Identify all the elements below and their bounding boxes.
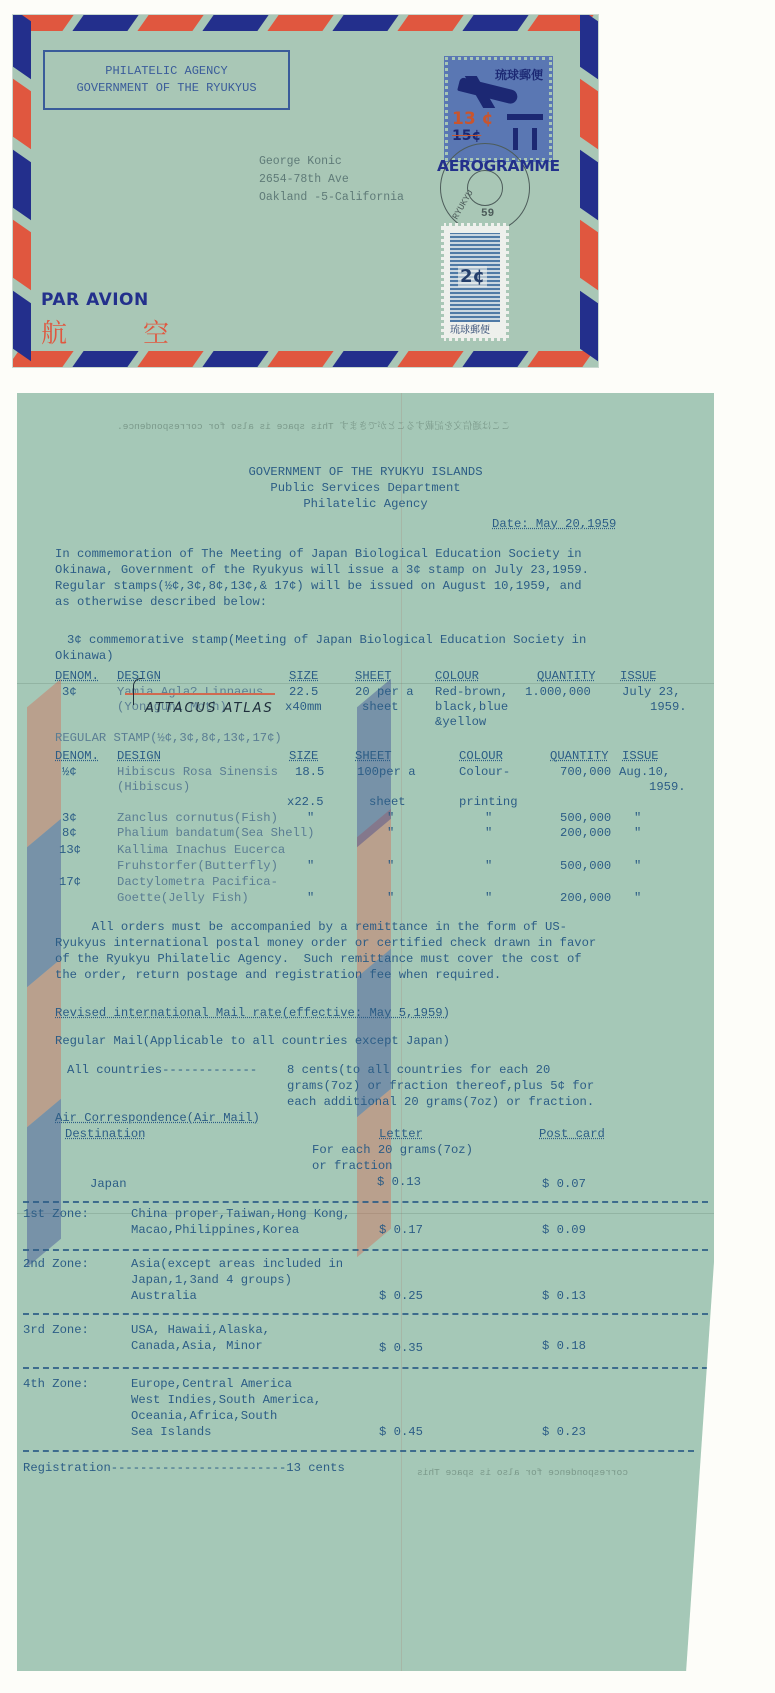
- stamp-value: 2¢: [458, 266, 487, 287]
- cell-sheet: 100per a: [357, 765, 416, 780]
- intro-line: In commemoration of The Meeting of Japan…: [55, 547, 582, 562]
- remittance-line: of the Ryukyu Philatelic Agency. Such re…: [55, 952, 582, 967]
- par-avion-label: PAR AVION: [41, 290, 149, 310]
- sender-line: GOVERNMENT OF THE RYUKYUS: [45, 80, 288, 97]
- letter-note: or fraction: [312, 1159, 392, 1174]
- recipient-address: George Konic 2654-78th Ave Oakland -5-Ca…: [259, 153, 404, 207]
- cell-colour: &yellow: [435, 715, 486, 730]
- cell-design: Dactylometra Pacifica-: [117, 875, 278, 890]
- additional-stamp: 2¢ 琉球郵便: [441, 223, 509, 341]
- regular-mail-text: grams(7oz) or fraction thereof,plus 5¢ f…: [287, 1079, 594, 1094]
- cell-colour: printing: [459, 795, 518, 810]
- rate-zone: 4th Zone:: [23, 1377, 89, 1392]
- remittance-line: the order, return postage and registrati…: [55, 968, 501, 983]
- col-header-sheet: SHEET: [355, 669, 392, 684]
- cell-colour: black,blue: [435, 700, 508, 715]
- cell-size: x40mm: [285, 700, 322, 715]
- stamp-country-chars: 琉球郵便: [495, 66, 543, 83]
- col-header-denom: DENOM.: [55, 749, 99, 764]
- cell-size: x22.5: [287, 795, 324, 810]
- rate-zone: 1st Zone:: [23, 1207, 89, 1222]
- intro-line: Okinawa, Government of the Ryukyus will …: [55, 563, 589, 578]
- recipient-name: George Konic: [259, 153, 404, 171]
- mirrored-footer: correspondence for also is space This: [417, 1467, 628, 1478]
- recipient-city: Oakland -5-California: [259, 189, 404, 207]
- rate-postcard: $ 0.13: [542, 1289, 586, 1304]
- rate-destination: Europe,Central America: [131, 1377, 292, 1392]
- rate-destination: Canada,Asia, Minor: [131, 1339, 263, 1354]
- rate-postcard: $ 0.09: [542, 1223, 586, 1238]
- cell-size: 18.5: [295, 765, 324, 780]
- cell-issue: July 23,: [622, 685, 681, 700]
- cell-issue: ": [634, 859, 641, 874]
- rate-destination: Macao,Philippines,Korea: [131, 1223, 299, 1238]
- col-header-size: SIZE: [289, 669, 318, 684]
- cell-design: Zanclus cornutus(Fish): [117, 811, 278, 826]
- col-header-issue: ISSUE: [622, 749, 659, 764]
- surcharge-value: 13 ¢: [452, 110, 493, 128]
- air-kanji: 航: [41, 313, 67, 350]
- col-header-colour: COLOUR: [459, 749, 503, 764]
- cell-size: ": [307, 811, 314, 826]
- cell-colour: ": [485, 891, 492, 906]
- shureimon-gate-icon: [507, 114, 543, 150]
- cell-size: ": [307, 891, 314, 906]
- cell-issue: ": [634, 826, 641, 841]
- regular-mail-label: All countries-------------: [67, 1063, 257, 1078]
- cell-denom: 8¢: [62, 826, 77, 841]
- cell-denom: 17¢: [59, 875, 81, 890]
- airmail-border-right: [580, 15, 598, 367]
- cell-quantity: 1.000,000: [525, 685, 591, 700]
- airmail-border-top: [13, 15, 598, 31]
- sender-box: PHILATELIC AGENCY GOVERNMENT OF THE RYUK…: [43, 50, 290, 110]
- letter-heading: GOVERNMENT OF THE RYUKYU ISLANDS: [17, 465, 714, 480]
- rate-destination: Japan: [90, 1177, 127, 1192]
- commemorative-title: 3¢ commemorative stamp(Meeting of Japan …: [67, 633, 586, 648]
- rate-postcard: $ 0.18: [542, 1339, 586, 1354]
- cell-denom: 3¢: [62, 811, 77, 826]
- rate-letter: $ 0.25: [379, 1289, 423, 1304]
- rate-destination: USA, Hawaii,Alaska,: [131, 1323, 270, 1338]
- cell-colour: Red-brown,: [435, 685, 508, 700]
- col-header-size: SIZE: [289, 749, 318, 764]
- rate-zone: 2nd Zone:: [23, 1257, 89, 1272]
- mirrored-header: ここは通信文を記載することができます This space is also fo…: [117, 418, 510, 432]
- cell-sheet: 20 per a: [355, 685, 414, 700]
- rate-zone: 3rd Zone:: [23, 1323, 89, 1338]
- col-header-quantity: QUANTITY: [550, 749, 609, 764]
- aerogramme-envelope: PHILATELIC AGENCY GOVERNMENT OF THE RYUK…: [13, 15, 598, 367]
- cell-quantity: 200,000: [560, 826, 611, 841]
- cell-design: Kallima Inachus Eucerca: [117, 843, 285, 858]
- postmark-text: RYUKYU: [451, 188, 476, 221]
- col-header-quantity: QUANTITY: [537, 669, 596, 684]
- cell-colour: ": [485, 811, 492, 826]
- postmark-date: 59: [481, 208, 494, 220]
- col-header-sheet: SHEET: [355, 749, 392, 764]
- cell-design: Hibiscus Rosa Sinensis: [117, 765, 278, 780]
- rate-destination: Australia: [131, 1289, 197, 1304]
- cell-colour: Colour-: [459, 765, 510, 780]
- cell-quantity: 200,000: [560, 891, 611, 906]
- rate-letter: $ 0.35: [379, 1341, 423, 1356]
- rate-letter: $ 0.13: [377, 1175, 421, 1190]
- cell-issue: ": [634, 891, 641, 906]
- divider: [23, 1313, 708, 1315]
- original-value: 15¢: [452, 128, 481, 144]
- col-header-letter: Letter: [379, 1127, 423, 1142]
- cell-sheet: ": [387, 891, 394, 906]
- cell-sheet: sheet: [369, 795, 406, 810]
- cell-quantity: 500,000: [560, 859, 611, 874]
- remittance-line: Ryukyus international postal money order…: [55, 936, 596, 951]
- rates-title: Revised international Mail rate(effectiv…: [55, 1006, 450, 1021]
- col-header-design: DESIGN: [117, 749, 161, 764]
- intro-line: as otherwise described below:: [55, 595, 267, 610]
- cell-sheet: ": [387, 859, 394, 874]
- rate-destination: Sea Islands: [131, 1425, 211, 1440]
- rate-destination: Oceania,Africa,South: [131, 1409, 277, 1424]
- strikethrough-mark: [125, 693, 275, 695]
- divider: [23, 1249, 708, 1251]
- rate-destination: West Indies,South America,: [131, 1393, 321, 1408]
- airmail-border-left: [13, 15, 31, 367]
- cell-size: ": [307, 859, 314, 874]
- sender-line: PHILATELIC AGENCY: [45, 63, 288, 80]
- cell-colour: ": [485, 826, 492, 841]
- divider: [23, 1367, 708, 1369]
- rate-destination: Asia(except areas included in: [131, 1257, 343, 1272]
- cell-issue: ": [634, 811, 641, 826]
- air-kanji: 空: [143, 313, 169, 350]
- col-header-denom: DENOM.: [55, 669, 99, 684]
- cell-issue: Aug.10,: [619, 765, 670, 780]
- rate-letter: $ 0.17: [379, 1223, 423, 1238]
- letter-department: Public Services Department: [17, 481, 714, 496]
- cell-issue: 1959.: [649, 780, 686, 795]
- cell-denom: 3¢: [62, 685, 77, 700]
- cell-sheet: sheet: [362, 700, 399, 715]
- air-mail-title: Air Correspondence(Air Mail): [55, 1111, 260, 1126]
- regular-mail-text: each additional 20 grams(7oz) or fractio…: [287, 1095, 594, 1110]
- cell-size: 22.5: [289, 685, 318, 700]
- col-header-postcard: Post card: [539, 1127, 605, 1142]
- rate-postcard: $ 0.07: [542, 1177, 586, 1192]
- remittance-line: All orders must be accompanied by a remi…: [55, 920, 567, 935]
- col-header-destination: Destination: [65, 1127, 145, 1142]
- cell-sheet: ": [387, 811, 394, 826]
- cell-design: Goette(Jelly Fish): [117, 891, 249, 906]
- airmail-border-bottom: [13, 351, 598, 367]
- stamp-country-chars: 琉球郵便: [450, 321, 490, 336]
- cell-quantity: 700,000: [560, 765, 611, 780]
- cell-issue: 1959.: [650, 700, 687, 715]
- cell-design: (Hibiscus): [117, 780, 190, 795]
- recipient-street: 2654-78th Ave: [259, 171, 404, 189]
- letter-note: For each 20 grams(7oz): [312, 1143, 473, 1158]
- letter-agency: Philatelic Agency: [17, 497, 714, 512]
- rate-postcard: $ 0.23: [542, 1425, 586, 1440]
- regular-mail-title: Regular Mail(Applicable to all countries…: [55, 1034, 450, 1049]
- handwritten-note: ATTACUS ATLAS: [145, 701, 274, 716]
- handwritten-arrow-icon: [133, 678, 142, 705]
- letter-sheet: ここは通信文を記載することができます This space is also fo…: [17, 393, 714, 1671]
- cell-design: Fruhstorfer(Butterfly): [117, 859, 278, 874]
- cell-denom: 13¢: [59, 843, 81, 858]
- registration-fee: Registration------------------------13 c…: [23, 1461, 345, 1476]
- cell-design: Phalium bandatum(Sea Shell): [117, 826, 314, 841]
- rate-letter: $ 0.45: [379, 1425, 423, 1440]
- col-header-colour: COLOUR: [435, 669, 479, 684]
- intro-line: Regular stamps(½¢,3¢,8¢,13¢,& 17¢) will …: [55, 579, 582, 594]
- regular-stamp-title: REGULAR STAMP(½¢,3¢,8¢,13¢,17¢): [55, 731, 282, 746]
- rate-destination: Japan,1,3and 4 groups): [131, 1273, 292, 1288]
- letter-date: Date: May 20,1959: [492, 517, 616, 532]
- divider: [23, 1201, 708, 1203]
- cell-quantity: 500,000: [560, 811, 611, 826]
- regular-mail-text: 8 cents(to all countries for each 20: [287, 1063, 550, 1078]
- cell-denom: ½¢: [62, 765, 77, 780]
- divider: [23, 1450, 694, 1452]
- rate-destination: China proper,Taiwan,Hong Kong,: [131, 1207, 350, 1222]
- col-header-issue: ISSUE: [620, 669, 657, 684]
- cell-sheet: ": [387, 826, 394, 841]
- cell-colour: ": [485, 859, 492, 874]
- aerogramme-label: AEROGRAMME: [437, 157, 560, 175]
- commemorative-title: Okinawa): [55, 649, 114, 664]
